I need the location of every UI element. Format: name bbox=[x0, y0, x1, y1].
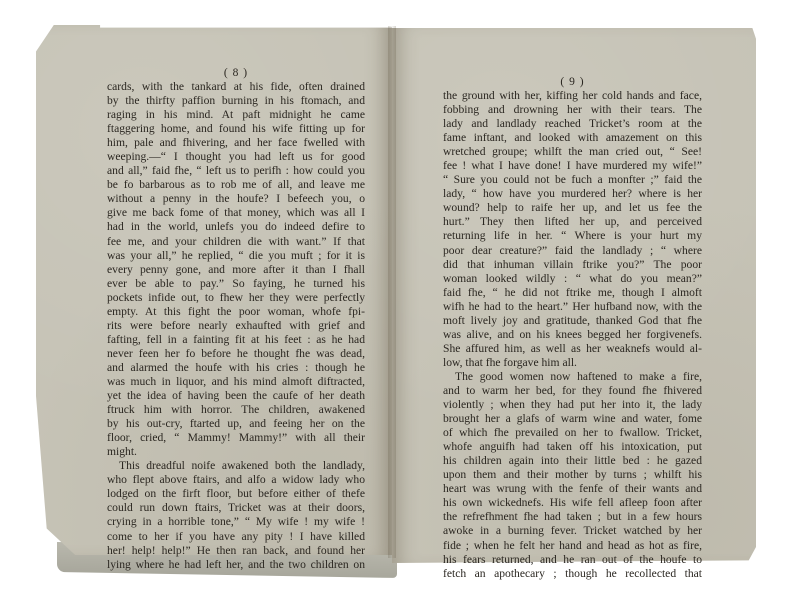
text-line: every penny gone, and more after it than… bbox=[107, 263, 365, 277]
text-line: moft lively joy and gratitude, thanked G… bbox=[443, 314, 702, 328]
text-line: whofe anguifh had taken off his intoxica… bbox=[443, 440, 702, 454]
right-page-text: ( 9 ) the ground with her, kiffing her c… bbox=[443, 75, 702, 581]
text-line: lying where he had left her, and the two… bbox=[107, 558, 365, 572]
text-line: was much in liquor, and his mind almoft … bbox=[107, 375, 365, 389]
text-line: was your all,” he replied, “ die you muf… bbox=[107, 249, 365, 263]
text-line: lady and landlady reached Tricket’s room… bbox=[443, 117, 702, 131]
text-line: the ground with her, kiffing her cold ha… bbox=[443, 89, 702, 103]
page-number-left: ( 8 ) bbox=[107, 66, 365, 80]
text-line: who flept above ftairs, and alfo a widow… bbox=[107, 473, 365, 487]
text-line: She affured him, as well as her weaknefs… bbox=[443, 342, 702, 356]
text-line: wifh he had to the heart.” Her hufband n… bbox=[443, 300, 702, 314]
text-line: poor dear creature?” faid the landlady ;… bbox=[443, 244, 702, 258]
text-line: pockets infide out, to fhew her they wer… bbox=[107, 291, 365, 305]
text-line: did that inhuman villain ftrike you?” Th… bbox=[443, 258, 702, 272]
text-line: the refrefhment fhe had taken ; but in a… bbox=[443, 510, 702, 524]
text-line: low, that fhe forgave him all. bbox=[443, 356, 702, 370]
text-line: awoke in a burning fever. Tricket watche… bbox=[443, 524, 702, 538]
text-line: be fo barbarous as to rob me of all, and… bbox=[107, 178, 365, 192]
text-line: floor, cried, “ Mammy! Mammy!” with all … bbox=[107, 431, 365, 445]
open-book: ( 8 ) cards, with the tankard at his fid… bbox=[0, 0, 800, 603]
text-line: raging in his mind. At paft midnight he … bbox=[107, 108, 365, 122]
text-line: could run down ftairs, Tricket was at th… bbox=[107, 501, 365, 515]
text-line: yet the idea of having been the caufe of… bbox=[107, 389, 365, 403]
page-number-right: ( 9 ) bbox=[443, 75, 702, 89]
text-line: his children again into their little bed… bbox=[443, 454, 702, 468]
right-page-lines: the ground with her, kiffing her cold ha… bbox=[443, 89, 702, 581]
text-line: weeping.—“ I thought you had left us for… bbox=[107, 150, 365, 164]
text-line: wretched groupe; whilft the man cried ou… bbox=[443, 145, 702, 159]
text-line: hurt.” They then lifted her up, and perc… bbox=[443, 215, 702, 229]
text-line: come to her if you have any pity ! I hav… bbox=[107, 530, 365, 544]
text-line: violently ; when they had put her into i… bbox=[443, 398, 702, 412]
text-line: heart was wrung with the fenfe of their … bbox=[443, 482, 702, 496]
text-line: ftruck him with horror. The children, aw… bbox=[107, 403, 365, 417]
text-line: give me back fome of that money, which w… bbox=[107, 206, 365, 220]
text-line: ftaggering home, and found his wife fitt… bbox=[107, 122, 365, 136]
text-line: empty. At this fight the poor woman, who… bbox=[107, 305, 365, 319]
text-line: crying in a horrible tone,” “ My wife ! … bbox=[107, 515, 365, 529]
text-line: never feen her fo before he thought fhe … bbox=[107, 347, 365, 361]
text-line: without a penny in the houfe? I befeech … bbox=[107, 192, 365, 206]
text-line: faid fhe, “ he did not ftrike me, though… bbox=[443, 286, 702, 300]
text-line: her! help! help!” He then ran back, and … bbox=[107, 544, 365, 558]
text-line: returning life in her. “ Where is your h… bbox=[443, 229, 702, 243]
text-line: by his out-cry, ftarted up, and feeing h… bbox=[107, 417, 365, 431]
text-line: cards, with the tankard at his fide, oft… bbox=[107, 80, 365, 94]
text-line: The good women now haftened to make a fi… bbox=[443, 370, 702, 384]
text-line: him, pale and fhivering, and her face fw… bbox=[107, 136, 365, 150]
text-line: might. bbox=[107, 445, 365, 459]
text-line: his fears returned, and he ran out of th… bbox=[443, 553, 702, 567]
text-line: brought her a glafs of warm wine and wat… bbox=[443, 412, 702, 426]
text-line: lodged on the firft floor, but before ei… bbox=[107, 487, 365, 501]
text-line: had in the world, unlefs you do indeed d… bbox=[107, 220, 365, 234]
text-line: was alive, and on his knees begged her f… bbox=[443, 328, 702, 342]
text-line: and to warm her bed, for they found fhe … bbox=[443, 384, 702, 398]
left-page-text: ( 8 ) cards, with the tankard at his fid… bbox=[107, 66, 365, 572]
text-line: fee ! what I have done! I have murdered … bbox=[443, 159, 702, 173]
text-line: fide ; when he felt her hand and head as… bbox=[443, 539, 702, 553]
text-line: fobbing and drowning her with their tear… bbox=[443, 103, 702, 117]
text-line: This dreadful noife awakened both the la… bbox=[107, 459, 365, 473]
text-line: wound? help to raife her up, and let us … bbox=[443, 201, 702, 215]
text-line: his own wickednefs. His wife fell afleep… bbox=[443, 496, 702, 510]
text-line: fetch an apothecary ; though he recollec… bbox=[443, 567, 702, 581]
text-line: fafting, fell in a fainting fit at his f… bbox=[107, 333, 365, 347]
text-line: ever be able to pay.” So faying, he turn… bbox=[107, 277, 365, 291]
left-page-lines: cards, with the tankard at his fide, oft… bbox=[107, 80, 365, 572]
text-line: “ Sure you could not be fuch a monfter ;… bbox=[443, 173, 702, 187]
text-line: and all,” faid fhe, “ left us to perifh … bbox=[107, 164, 365, 178]
book-gutter bbox=[388, 26, 396, 558]
text-line: lady, “ how have you murdered her? where… bbox=[443, 187, 702, 201]
text-line: woman looked wildly : “ what do you mean… bbox=[443, 272, 702, 286]
text-line: and alarmed the houfe with his cries : t… bbox=[107, 361, 365, 375]
text-line: upon them and their mother by turns ; wh… bbox=[443, 468, 702, 482]
text-line: fame inftant, and looked with amazement … bbox=[443, 131, 702, 145]
text-line: rits were before nearly exhaufted with g… bbox=[107, 319, 365, 333]
text-line: by the thirfty paffion burning in his ft… bbox=[107, 94, 365, 108]
text-line: fee me, and your children die with want.… bbox=[107, 235, 365, 249]
text-line: of which fhe prevailed on her to fwallow… bbox=[443, 426, 702, 440]
